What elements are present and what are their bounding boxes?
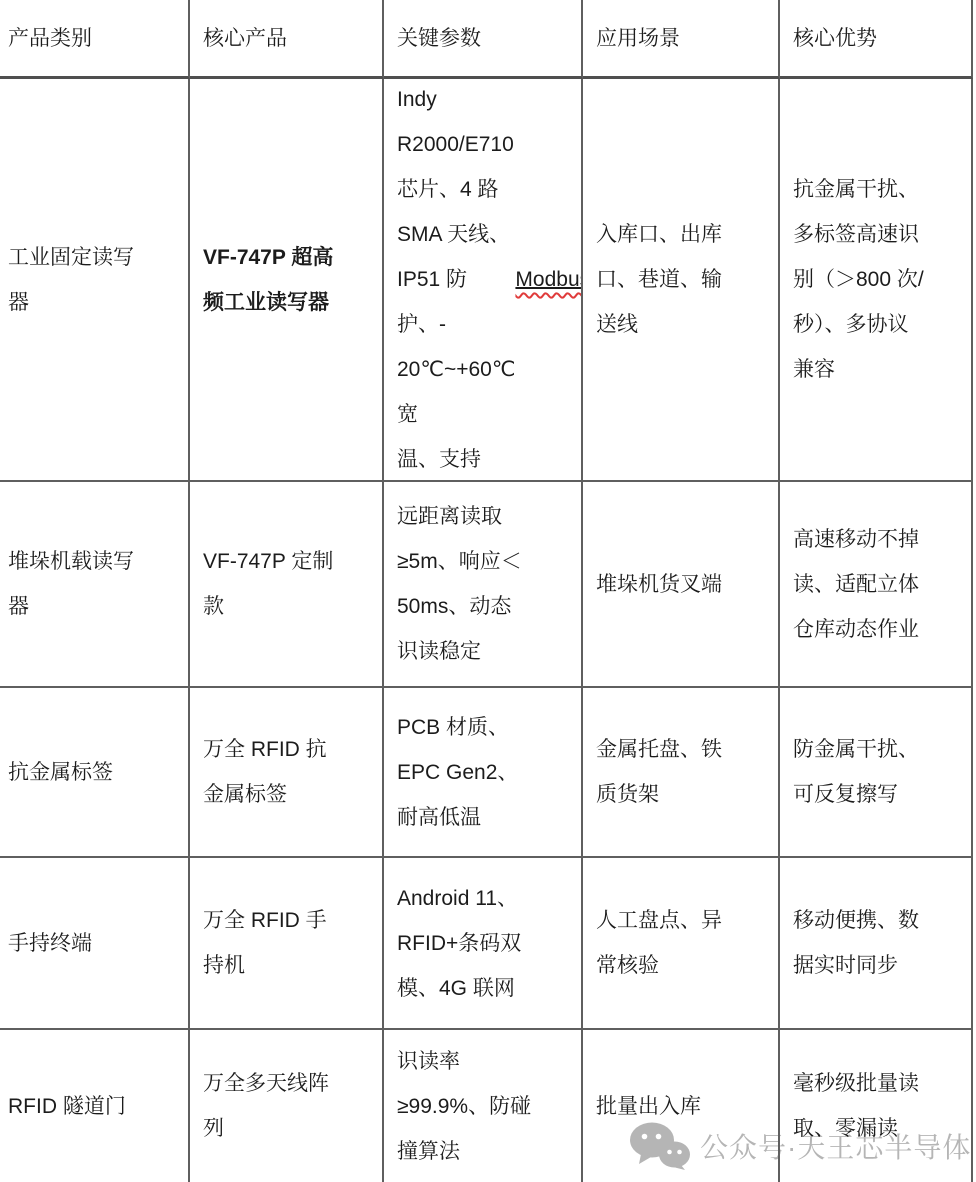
table-cell: 万全 RFID 手 持机 [190, 858, 384, 1030]
table-cell: 远距离读取 ≥5m、响应＜ 50ms、动态 识读稳定 [384, 482, 583, 688]
table-cell: Indy R2000/E710 芯片、4 路 SMA 天线、 IP51 防护、-… [384, 79, 583, 482]
table-cell: 毫秒级批量读 取、零漏读 [780, 1030, 973, 1182]
table-cell: 手持终端 [0, 858, 190, 1030]
header-cell: 核心产品 [190, 0, 384, 79]
table-cell: 高速移动不掉 读、适配立体 仓库动态作业 [780, 482, 973, 688]
table-cell: 金属托盘、铁 质货架 [583, 688, 780, 858]
table-cell: 识读率 ≥99.9%、防碰 撞算法 [384, 1030, 583, 1182]
table-cell: 移动便携、数 据实时同步 [780, 858, 973, 1030]
table-cell: VF-747P 超高 频工业读写器 [190, 79, 384, 482]
header-cell: 关键参数 [384, 0, 583, 79]
product-name-bold: VF-747P 超高 频工业读写器 [203, 235, 333, 325]
header-cell: 核心优势 [780, 0, 973, 79]
table-cell: RFID 隧道门 [0, 1030, 190, 1182]
table-cell: 人工盘点、异 常核验 [583, 858, 780, 1030]
table-cell: 万全多天线阵 列 [190, 1030, 384, 1182]
table-cell: 防金属干扰、 可反复擦写 [780, 688, 973, 858]
header-cell: 产品类别 [0, 0, 190, 79]
table-cell: 堆垛机货叉端 [583, 482, 780, 688]
table-cell: Android 11、 RFID+条码双 模、4G 联网 [384, 858, 583, 1030]
table-cell: 抗金属干扰、 多标签高速识 别（＞800 次/ 秒）、多协议 兼容 [780, 79, 973, 482]
table-cell: 入库口、出库 口、巷道、输 送线 [583, 79, 780, 482]
table-cell: 工业固定读写 器 [0, 79, 190, 482]
table-cell: VF-747P 定制 款 [190, 482, 384, 688]
product-table: 产品类别核心产品关键参数应用场景核心优势工业固定读写 器VF-747P 超高 频… [0, 0, 973, 1182]
table-cell: 万全 RFID 抗 金属标签 [190, 688, 384, 858]
table-cell: 抗金属标签 [0, 688, 190, 858]
table-cell: 堆垛机载读写 器 [0, 482, 190, 688]
table-cell: PCB 材质、 EPC Gen2、 耐高低温 [384, 688, 583, 858]
table-cell: 批量出入库 [583, 1030, 780, 1182]
header-cell: 应用场景 [583, 0, 780, 79]
